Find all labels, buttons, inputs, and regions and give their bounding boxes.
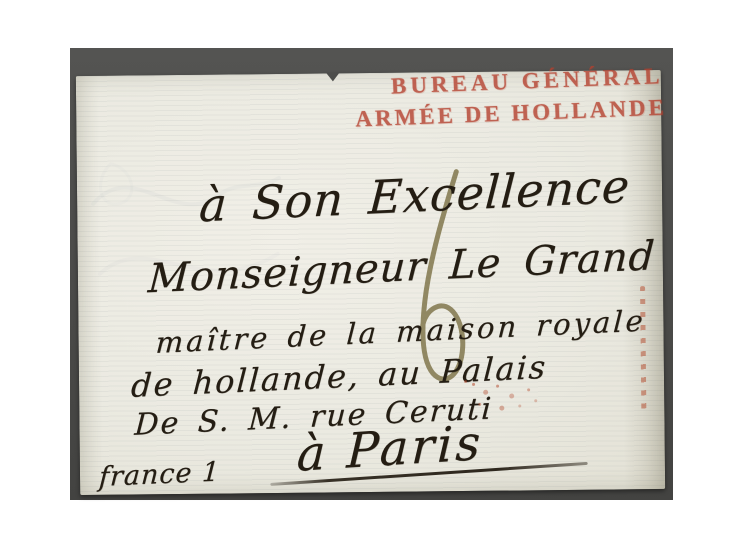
paper-edge-notch [326, 72, 340, 81]
postmark-line-1: BUREAU GÉNÉRAL [391, 63, 664, 99]
ink-showthrough-marks [80, 132, 302, 344]
weight-endorsement: france 1 [98, 456, 221, 493]
red-ink-speckles [464, 380, 467, 383]
cover-photo: BUREAU GÉNÉRAL ARMÉE DE HOLLANDE 6 à Son… [70, 48, 673, 500]
postmark-line-2: ARMÉE DE HOLLANDE [355, 95, 667, 133]
letter-sheet: BUREAU GÉNÉRAL ARMÉE DE HOLLANDE 6 à Son… [76, 70, 665, 495]
